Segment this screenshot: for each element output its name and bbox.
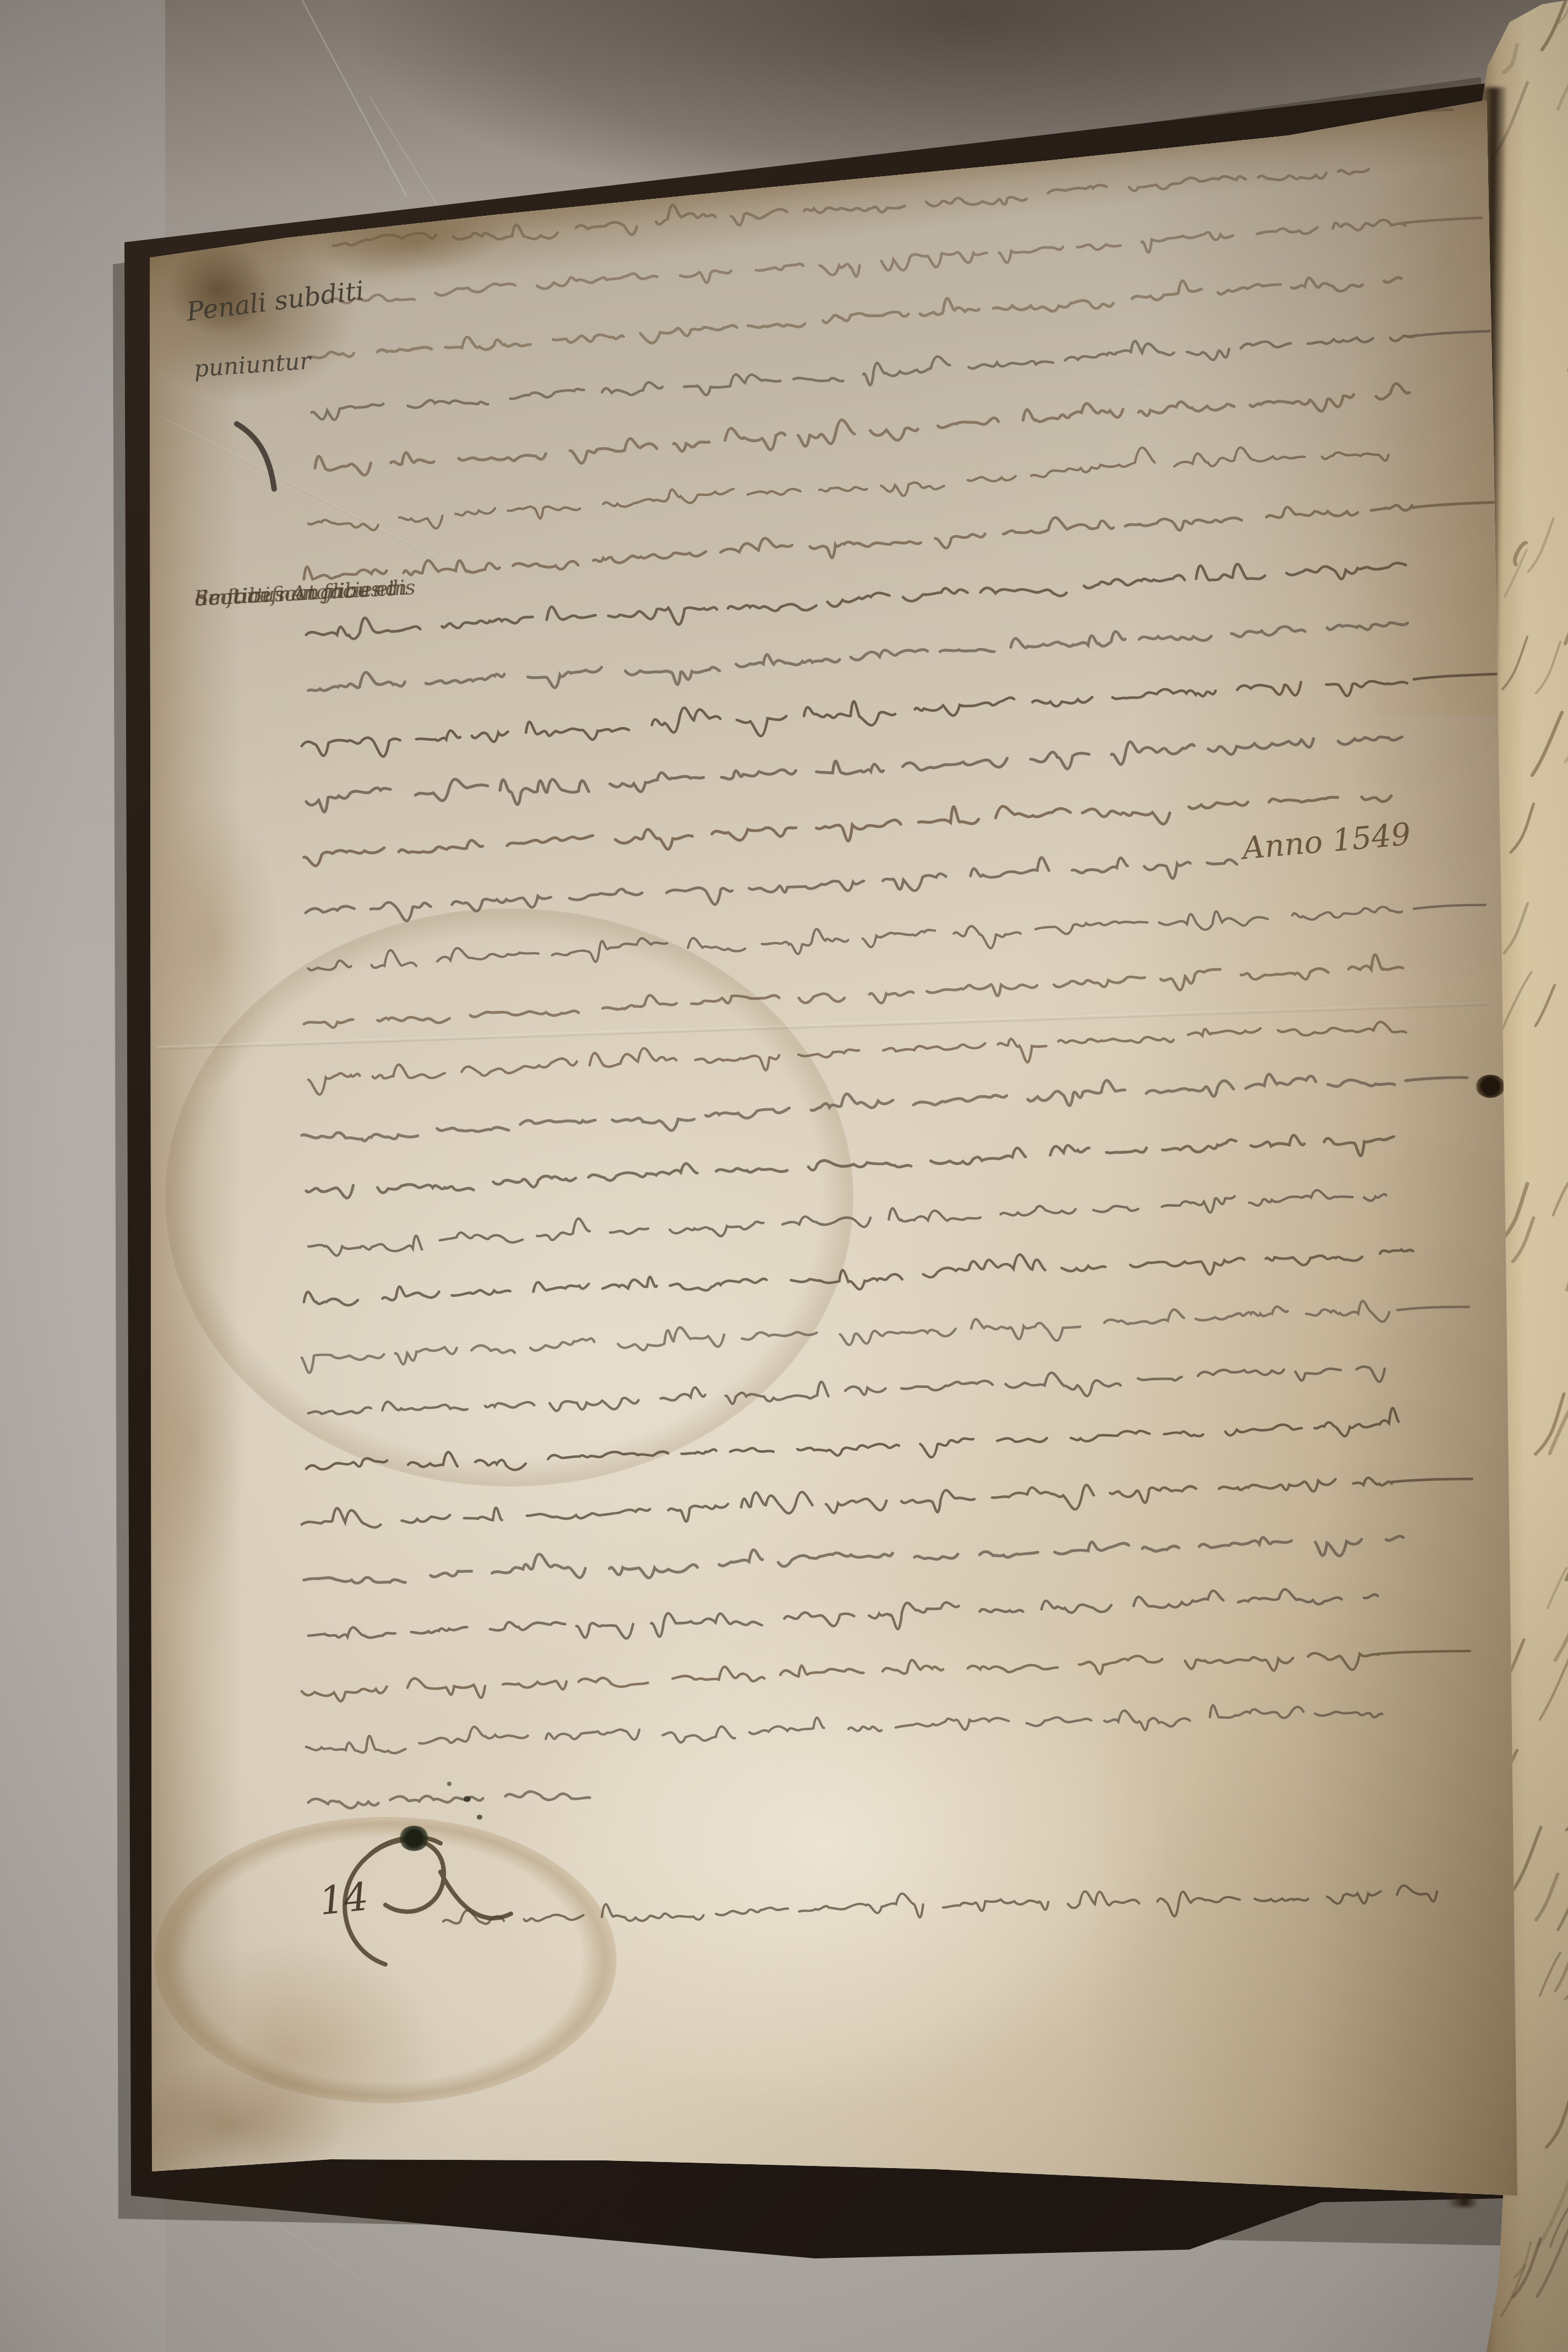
manuscript-page: Penali subditi puniuntur de fortificator… [0, 0, 1568, 2352]
ink-dot [464, 1796, 471, 1802]
ink-dot [447, 1782, 451, 1786]
ink-blot [399, 1826, 429, 1851]
wormhole-spot [1476, 1075, 1505, 1098]
item-number: 14 [317, 1874, 371, 1924]
ink-dot [477, 1815, 482, 1820]
photo-scene: Penali subditi puniuntur de fortificator… [0, 0, 1568, 2352]
